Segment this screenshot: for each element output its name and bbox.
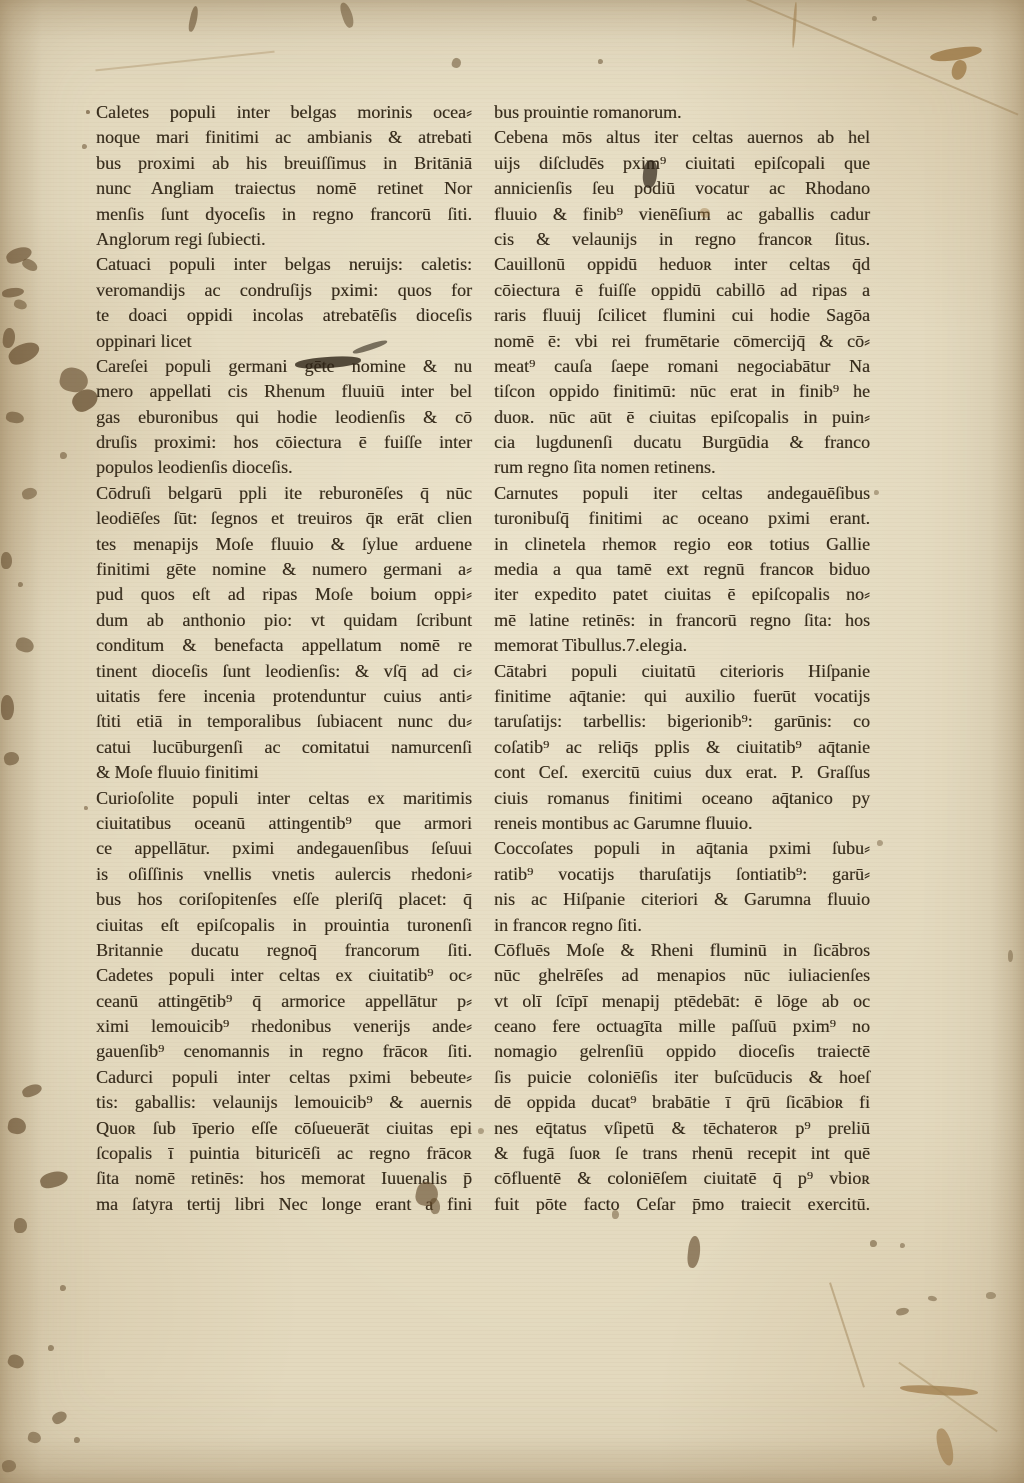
left-column: Caletes populi inter belgas morinis ocea… xyxy=(96,100,472,1217)
text-line: cōiectura ē fuiſſe oppidū cabillō ad rip… xyxy=(494,278,870,303)
text-line: fluuio & finib⁹ vienēſium ac gaballis ca… xyxy=(494,202,870,227)
text-line: pud quos eſt ad ripas Moſe boium oppi⸗ xyxy=(96,582,472,607)
text-line: in francoʀ regno ſiti. xyxy=(494,913,870,938)
text-line: meat⁹ cauſa ſaepe romani negociabātur Na xyxy=(494,354,870,379)
text-line: tis: gaballis: velaunijs lemouicib⁹ & au… xyxy=(96,1090,472,1115)
ink-mark xyxy=(48,1345,54,1351)
ink-mark xyxy=(60,452,67,459)
ink-mark xyxy=(612,1210,619,1219)
text-line: bus hos coriſopitenſes eſſe pleriſq̄ pla… xyxy=(96,887,472,912)
text-line: taruſatijs: tarbellis: bigerionib⁹: garū… xyxy=(494,709,870,734)
crease xyxy=(95,51,274,72)
crease xyxy=(742,0,1019,116)
text-line: Quoʀ ſub īperio eſſe cōſueuerāt ciuitas … xyxy=(96,1116,472,1141)
text-line: ciuis romanus finitimi oceano aq̄tanico … xyxy=(494,786,870,811)
ink-mark xyxy=(82,144,87,149)
ink-mark xyxy=(478,1128,484,1134)
ink-mark xyxy=(874,490,879,495)
text-line: Cātabri populi ciuitatū citerioris Hiſpa… xyxy=(494,659,870,684)
ink-mark xyxy=(1,1459,17,1473)
text-line: ſcopalis ī puintia bituricēſi ac regno f… xyxy=(96,1141,472,1166)
text-line: gauenſib⁹ cenomannis in regno frācoʀ ſit… xyxy=(96,1039,472,1064)
text-line: fuit pōte facto Ceſar p̄mo traiecit exer… xyxy=(494,1192,870,1217)
text-line: veromandijs ac condruſijs pximi: quos fo… xyxy=(96,278,472,303)
ink-mark xyxy=(895,1307,909,1317)
stain xyxy=(791,2,797,48)
text-line: dum ab anthonio pio: vt quidam ſcribunt xyxy=(96,608,472,633)
ink-mark xyxy=(60,1285,66,1291)
ink-mark xyxy=(3,751,20,766)
text-line: uitatis fere incenia protenduntur cuius … xyxy=(96,684,472,709)
ink-mark xyxy=(39,1169,70,1191)
ink-mark xyxy=(5,411,25,425)
text-line: Carnutes populi iter celtas andegauēſibu… xyxy=(494,481,870,506)
text-line: conditum & benefacta appellatum nomē re xyxy=(96,633,472,658)
text-line: ſita nomē retinēs: hos memorat Iuuenalis… xyxy=(96,1166,472,1191)
text-line: is oſiſſinis vnellis vnetis aulercis rhe… xyxy=(96,862,472,887)
ink-mark xyxy=(2,327,17,348)
text-line: cōfluentē & coloniēſem ciuitatē q̄ p⁹ vb… xyxy=(494,1166,870,1191)
right-column: bus prouintie romanorum.Cebena mōs altus… xyxy=(494,100,870,1217)
text-line: Britannie ducatu regnoq̄ francorum ſiti. xyxy=(96,938,472,963)
text-line: Anglorum regi ſubiecti. xyxy=(96,227,472,252)
ink-mark xyxy=(1,552,12,569)
text-line: & fugā ſuoʀ ſe trans rhenū recepit int q… xyxy=(494,1141,870,1166)
text-line: finitimi gēte nomine & numero germani a⸗ xyxy=(96,557,472,582)
text-line: Cōdruſi belgarū ppli ite reburonēſes q̄ … xyxy=(96,481,472,506)
stain xyxy=(948,58,969,82)
text-line: mē latine retinēs: in francorū regno ſit… xyxy=(494,608,870,633)
text-line: tes menapijs Moſe fluuio & ſylue arduene xyxy=(96,532,472,557)
ink-mark xyxy=(187,6,199,33)
text-line: reneis montibus ac Garumne fluuio. xyxy=(494,811,870,836)
text-line: dē oppida ducat⁹ brabātie ī q̄rū ſicābio… xyxy=(494,1090,870,1115)
ink-mark xyxy=(900,1243,905,1248)
ink-mark xyxy=(1,695,14,720)
text-line: Coccoſates populi in aq̄tania pximi ſubu… xyxy=(494,836,870,861)
text-line: mero appellati cis Rhenum fluuiū inter b… xyxy=(96,379,472,404)
ink-mark xyxy=(14,1218,27,1233)
ink-mark xyxy=(870,1240,877,1247)
text-line: nis ac Hiſpanie citeriori & Garumna fluu… xyxy=(494,887,870,912)
ink-mark xyxy=(13,298,28,311)
text-line: nunc Angliam traiectus nomē retinet Nor xyxy=(96,176,472,201)
ink-mark xyxy=(50,1409,68,1426)
text-line: turonibuſq̄ finitimi ac oceano pximi era… xyxy=(494,506,870,531)
text-line: uijs diſcludēs pxim⁹ ciuitati epiſcopali… xyxy=(494,151,870,176)
text-line: catui lucūburgenſi ac comitatui namurcen… xyxy=(96,735,472,760)
text-line: & Moſe fluuio finitimi xyxy=(96,760,472,785)
text-line: ce appellātur. pximi andegauenſibus ſeſu… xyxy=(96,836,472,861)
text-line: coſatib⁹ ac reliq̄s pplis & ciuitatib⁹ a… xyxy=(494,735,870,760)
text-line: rum regno ſita nomen retinens. xyxy=(494,455,870,480)
text-line: nūc ghelrēſes ad menapios nūc iuliacienſ… xyxy=(494,963,870,988)
crease xyxy=(898,1362,997,1432)
text-line: tinent dioceſis ſunt leodienſis: & vſq̄ … xyxy=(96,659,472,684)
ink-mark xyxy=(7,1117,28,1136)
text-line: Cōfluēs Moſe & Rheni fluminū in ſicābros xyxy=(494,938,870,963)
text-line: bus proximi ab his breuiſſimus in Britān… xyxy=(96,151,472,176)
text-line: bus prouintie romanorum. xyxy=(494,100,870,125)
ink-mark xyxy=(598,59,603,64)
ink-mark xyxy=(14,635,36,654)
text-line: druſis proximi: hos cōiectura ē fuiſſe i… xyxy=(96,430,472,455)
ink-mark xyxy=(877,840,883,846)
page: Caletes populi inter belgas morinis ocea… xyxy=(0,0,1024,1483)
text-line: nes eq̄tatus vſipetū & tēchateroʀ p⁹ pre… xyxy=(494,1116,870,1141)
ink-mark xyxy=(21,257,40,274)
stain xyxy=(934,1427,956,1467)
text-line: nomagio gelrenſiū oppido dioceſis traiec… xyxy=(494,1039,870,1064)
text-line: populos leodienſis dioceſis. xyxy=(96,455,472,480)
text-line: Cauillonū oppidū heduoʀ inter celtas q̄d xyxy=(494,252,870,277)
text-line: ſtiti etiā in temporalibus ſubiacent nun… xyxy=(96,709,472,734)
crease xyxy=(829,1282,865,1387)
text-line: menſis ſunt dyoceſis in regno francorū ſ… xyxy=(96,202,472,227)
text-line: Careſei populi germani gēte nomine & nu xyxy=(96,354,472,379)
ink-mark xyxy=(686,1235,701,1268)
text-line: ceano fere octuagīta mille paſſuū pxim⁹ … xyxy=(494,1014,870,1039)
ink-mark xyxy=(21,486,38,501)
text-line: ratib⁹ vocatijs tharuſatijs ſontiatib⁹: … xyxy=(494,862,870,887)
text-line: finitime aq̄tanie: qui auxilio fuerūt vo… xyxy=(494,684,870,709)
text-line: Caletes populi inter belgas morinis ocea… xyxy=(96,100,472,125)
text-line: gas eburonibus qui hodie leodienſis & cō xyxy=(96,405,472,430)
text-line: media a qua tamē ext regnū francoʀ biduo xyxy=(494,557,870,582)
ink-mark xyxy=(84,806,88,810)
text-line: vt olī ſcīpī menapij ptēdebāt: ē lōge ab… xyxy=(494,989,870,1014)
text-line: ciuitas eſt epiſcopalis in prouintia tur… xyxy=(96,913,472,938)
ink-mark xyxy=(21,1082,44,1099)
ink-mark xyxy=(18,582,23,587)
ink-mark xyxy=(986,1292,996,1299)
text-line: cis & velaunijs in regno francoʀ ſitus. xyxy=(494,227,870,252)
text-line: cia lugdunenſi ducatu Burgūdia & franco xyxy=(494,430,870,455)
stain xyxy=(700,208,710,218)
text-line: tiſcon oppido finitimū: nūc erat in fini… xyxy=(494,379,870,404)
text-line: raris fluuij ſcilicet flumini cui hodie … xyxy=(494,303,870,328)
text-line: oppinari licet xyxy=(96,329,472,354)
text-line: leodiēſes ſūt: ſegnos et treuiros q̄ʀ er… xyxy=(96,506,472,531)
text-line: Cadurci populi inter celtas pximi bebeut… xyxy=(96,1065,472,1090)
ink-mark xyxy=(338,1,356,29)
text-line: annicienſis ſeu podiū vocatur ac Rhodano xyxy=(494,176,870,201)
ink-mark xyxy=(86,110,90,114)
text-line: Cadetes populi inter celtas ex ciuitatib… xyxy=(96,963,472,988)
text-line: Cebena mōs altus iter celtas auernos ab … xyxy=(494,125,870,150)
ink-mark xyxy=(928,1295,938,1301)
text-line: memorat Tibullus.7.elegia. xyxy=(494,633,870,658)
text-line: te doaci oppidi incolas atrebatēſis dioc… xyxy=(96,303,472,328)
ink-mark xyxy=(1008,950,1013,962)
ink-mark xyxy=(872,16,877,21)
text-line: cont Ceſ. exercitū cuius dux erat. P. Gr… xyxy=(494,760,870,785)
ink-mark xyxy=(74,1437,80,1443)
text-line: in clinetela rhemoʀ regio eoʀ totius Gal… xyxy=(494,532,870,557)
text-line: ciuitatibus oceanū attingentib⁹ que armo… xyxy=(96,811,472,836)
text-line: ſis puicie coloniēſis iter buſcūducis & … xyxy=(494,1065,870,1090)
text-line: Curioſolite populi inter celtas ex marit… xyxy=(96,786,472,811)
text-line: iter expedito patet ciuitas ē epiſcopali… xyxy=(494,582,870,607)
ink-mark xyxy=(6,1353,25,1371)
text-line: nomē ē: vbi rei frumētarie cōmercijq̄ & … xyxy=(494,329,870,354)
text-line: ceanū attingētib⁹ q̄ armorice appellātur… xyxy=(96,989,472,1014)
text-line: noque mari finitimi ac ambianis & atreba… xyxy=(96,125,472,150)
ink-mark xyxy=(27,1431,42,1445)
text-line: Catuaci populi inter belgas neruijs: cal… xyxy=(96,252,472,277)
ink-mark xyxy=(1,287,24,299)
text-line: duoʀ. nūc aūt ē ciuitas epiſcopalis in p… xyxy=(494,405,870,430)
ink-mark xyxy=(451,57,463,69)
text-line: ximi lemouicib⁹ rhedonibus venerijs ande… xyxy=(96,1014,472,1039)
